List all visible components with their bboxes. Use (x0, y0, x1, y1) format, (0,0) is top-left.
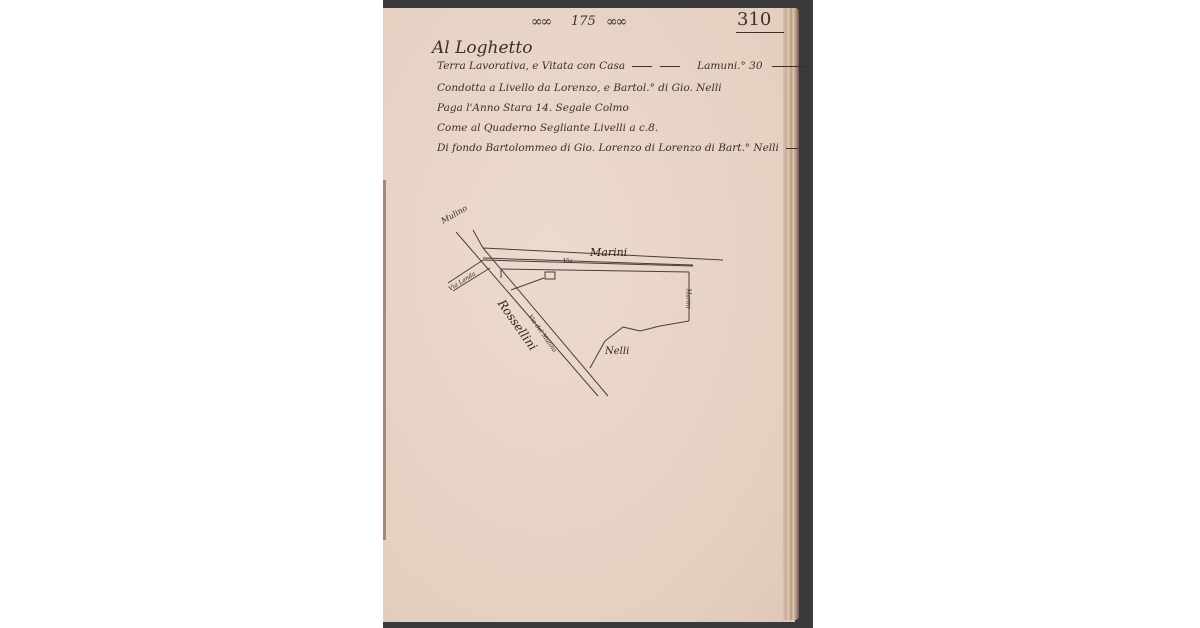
map-label-marini-side: Marini (685, 288, 692, 308)
house-icon (545, 272, 555, 279)
map-label-nelli: Nelli (605, 346, 629, 357)
map-label-marini-top: Marini (590, 246, 627, 259)
map-label-via: Via (563, 258, 573, 265)
property-map (383, 8, 795, 622)
